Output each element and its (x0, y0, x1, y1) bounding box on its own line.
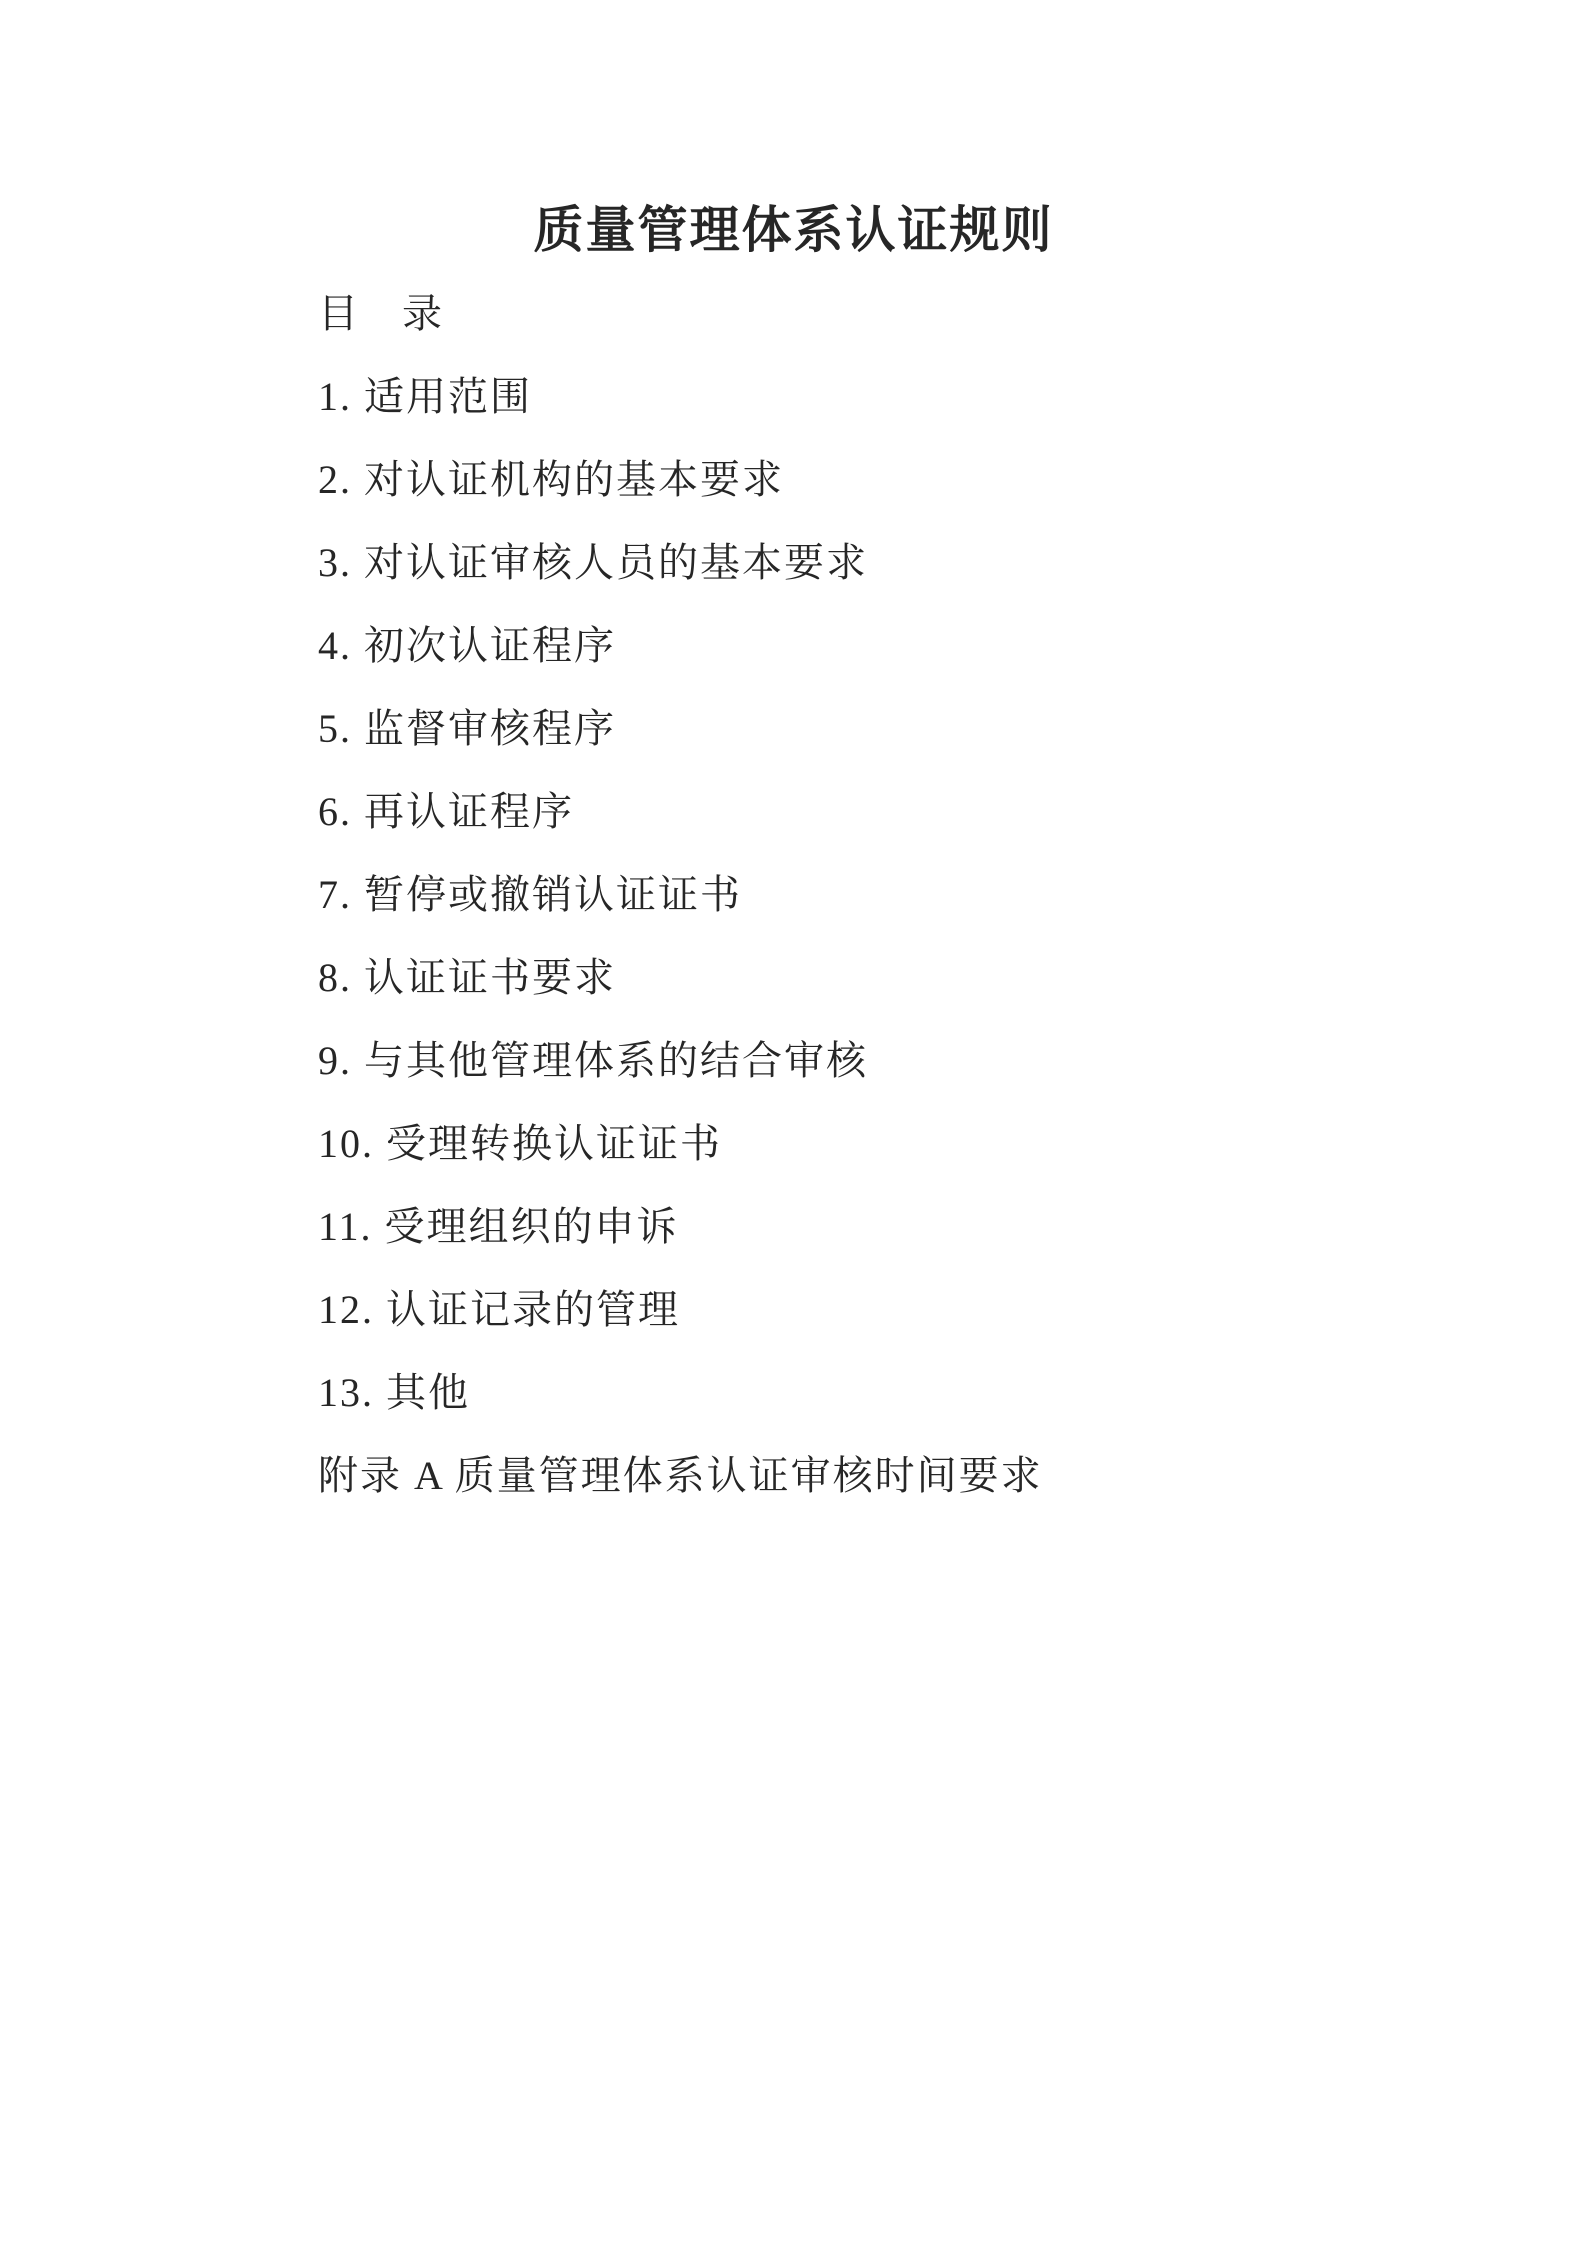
toc-item: 3. 对认证审核人员的基本要求 (318, 521, 1587, 604)
toc-item: 5. 监督审核程序 (318, 687, 1587, 770)
toc-item: 9. 与其他管理体系的结合审核 (318, 1019, 1587, 1102)
toc-item: 8. 认证证书要求 (318, 936, 1587, 1019)
toc-item: 4. 初次认证程序 (318, 604, 1587, 687)
toc-item: 附录 A 质量管理体系认证审核时间要求 (318, 1434, 1587, 1517)
toc-item: 7. 暂停或撤销认证证书 (318, 853, 1587, 936)
toc-item: 6. 再认证程序 (318, 770, 1587, 853)
toc-item: 12. 认证记录的管理 (318, 1268, 1587, 1351)
document-title: 质量管理体系认证规则 (0, 0, 1587, 258)
toc-item: 10. 受理转换认证证书 (318, 1102, 1587, 1185)
toc-list: 1. 适用范围2. 对认证机构的基本要求3. 对认证审核人员的基本要求4. 初次… (318, 355, 1587, 1517)
toc-item: 13. 其他 (318, 1351, 1587, 1434)
toc-item: 1. 适用范围 (318, 355, 1587, 438)
table-of-contents: 目 录 1. 适用范围2. 对认证机构的基本要求3. 对认证审核人员的基本要求4… (0, 258, 1587, 1517)
toc-item: 2. 对认证机构的基本要求 (318, 438, 1587, 521)
toc-item: 11. 受理组织的申诉 (318, 1185, 1587, 1268)
document-page: 质量管理体系认证规则 目 录 1. 适用范围2. 对认证机构的基本要求3. 对认… (0, 0, 1587, 2245)
toc-heading: 目 录 (318, 272, 1587, 355)
